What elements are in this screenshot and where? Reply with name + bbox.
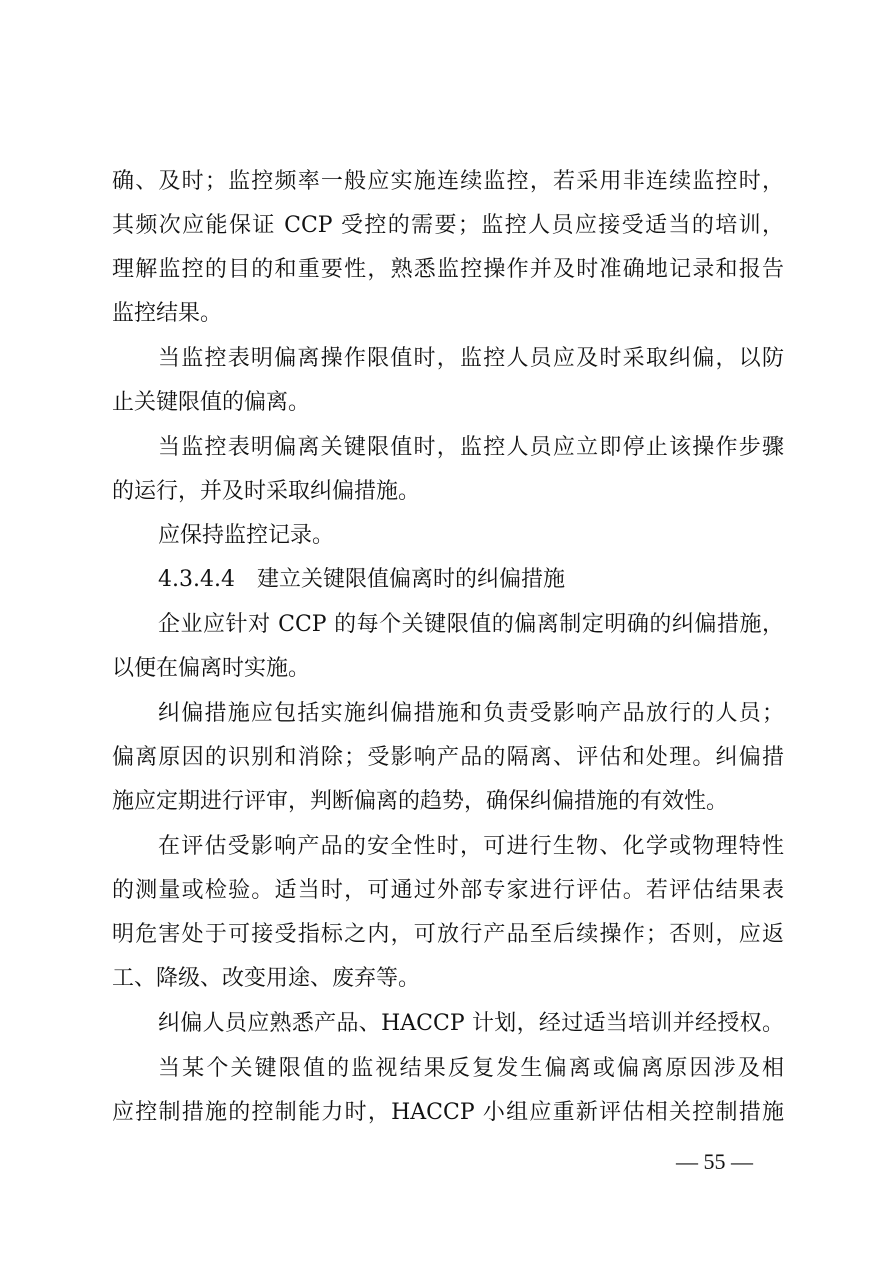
paragraph-line: 监控结果。: [112, 292, 784, 336]
paragraph-line: 以便在偏离时实施。: [112, 647, 784, 691]
paragraph-line: 确、及时；监控频率一般应实施连续监控，若采用非连续监控时，: [112, 160, 784, 204]
paragraph-line: 当某个关键限值的监视结果反复发生偏离或偏离原因涉及相: [158, 1047, 784, 1091]
paragraph-line: 应保持监控记录。: [158, 514, 784, 558]
paragraph-line: 企业应针对 CCP 的每个关键限值的偏离制定明确的纠偏措施，: [158, 603, 784, 647]
paragraph-line: 的测量或检验。适当时，可通过外部专家进行评估。若评估结果表: [112, 869, 784, 913]
paragraph-line: 纠偏人员应熟悉产品、HACCP 计划，经过适当培训并经授权。: [158, 1002, 784, 1046]
paragraph-line: 应控制措施的控制能力时，HACCP 小组应重新评估相关控制措施: [112, 1091, 784, 1135]
paragraph-line: 偏离原因的识别和消除；受影响产品的隔离、评估和处理。纠偏措: [112, 736, 784, 780]
paragraph-line: 工、降级、改变用途、废弃等。: [112, 957, 784, 1001]
paragraph-line: 的运行，并及时采取纠偏措施。: [112, 470, 784, 514]
paragraph-line: 当监控表明偏离关键限值时，监控人员应立即停止该操作步骤: [158, 426, 784, 470]
paragraph-line: 止关键限值的偏离。: [112, 381, 784, 425]
paragraph-line: 其频次应能保证 CCP 受控的需要；监控人员应接受适当的培训，: [112, 204, 784, 248]
section-heading: 4.3.4.4 建立关键限值偏离时的纠偏措施: [158, 558, 784, 602]
paragraph-line: 纠偏措施应包括实施纠偏措施和负责受影响产品放行的人员；: [158, 692, 784, 736]
paragraph-line: 施应定期进行评审，判断偏离的趋势，确保纠偏措施的有效性。: [112, 780, 784, 824]
paragraph-line: 当监控表明偏离操作限值时，监控人员应及时采取纠偏，以防: [158, 337, 784, 381]
page-number: — 55 —: [676, 1148, 753, 1176]
paragraph-line: 明危害处于可接受指标之内，可放行产品至后续操作；否则，应返: [112, 913, 784, 957]
paragraph-line: 理解监控的目的和重要性，熟悉监控操作并及时准确地记录和报告: [112, 248, 784, 292]
paragraph-line: 在评估受影响产品的安全性时，可进行生物、化学或物理特性: [158, 825, 784, 869]
